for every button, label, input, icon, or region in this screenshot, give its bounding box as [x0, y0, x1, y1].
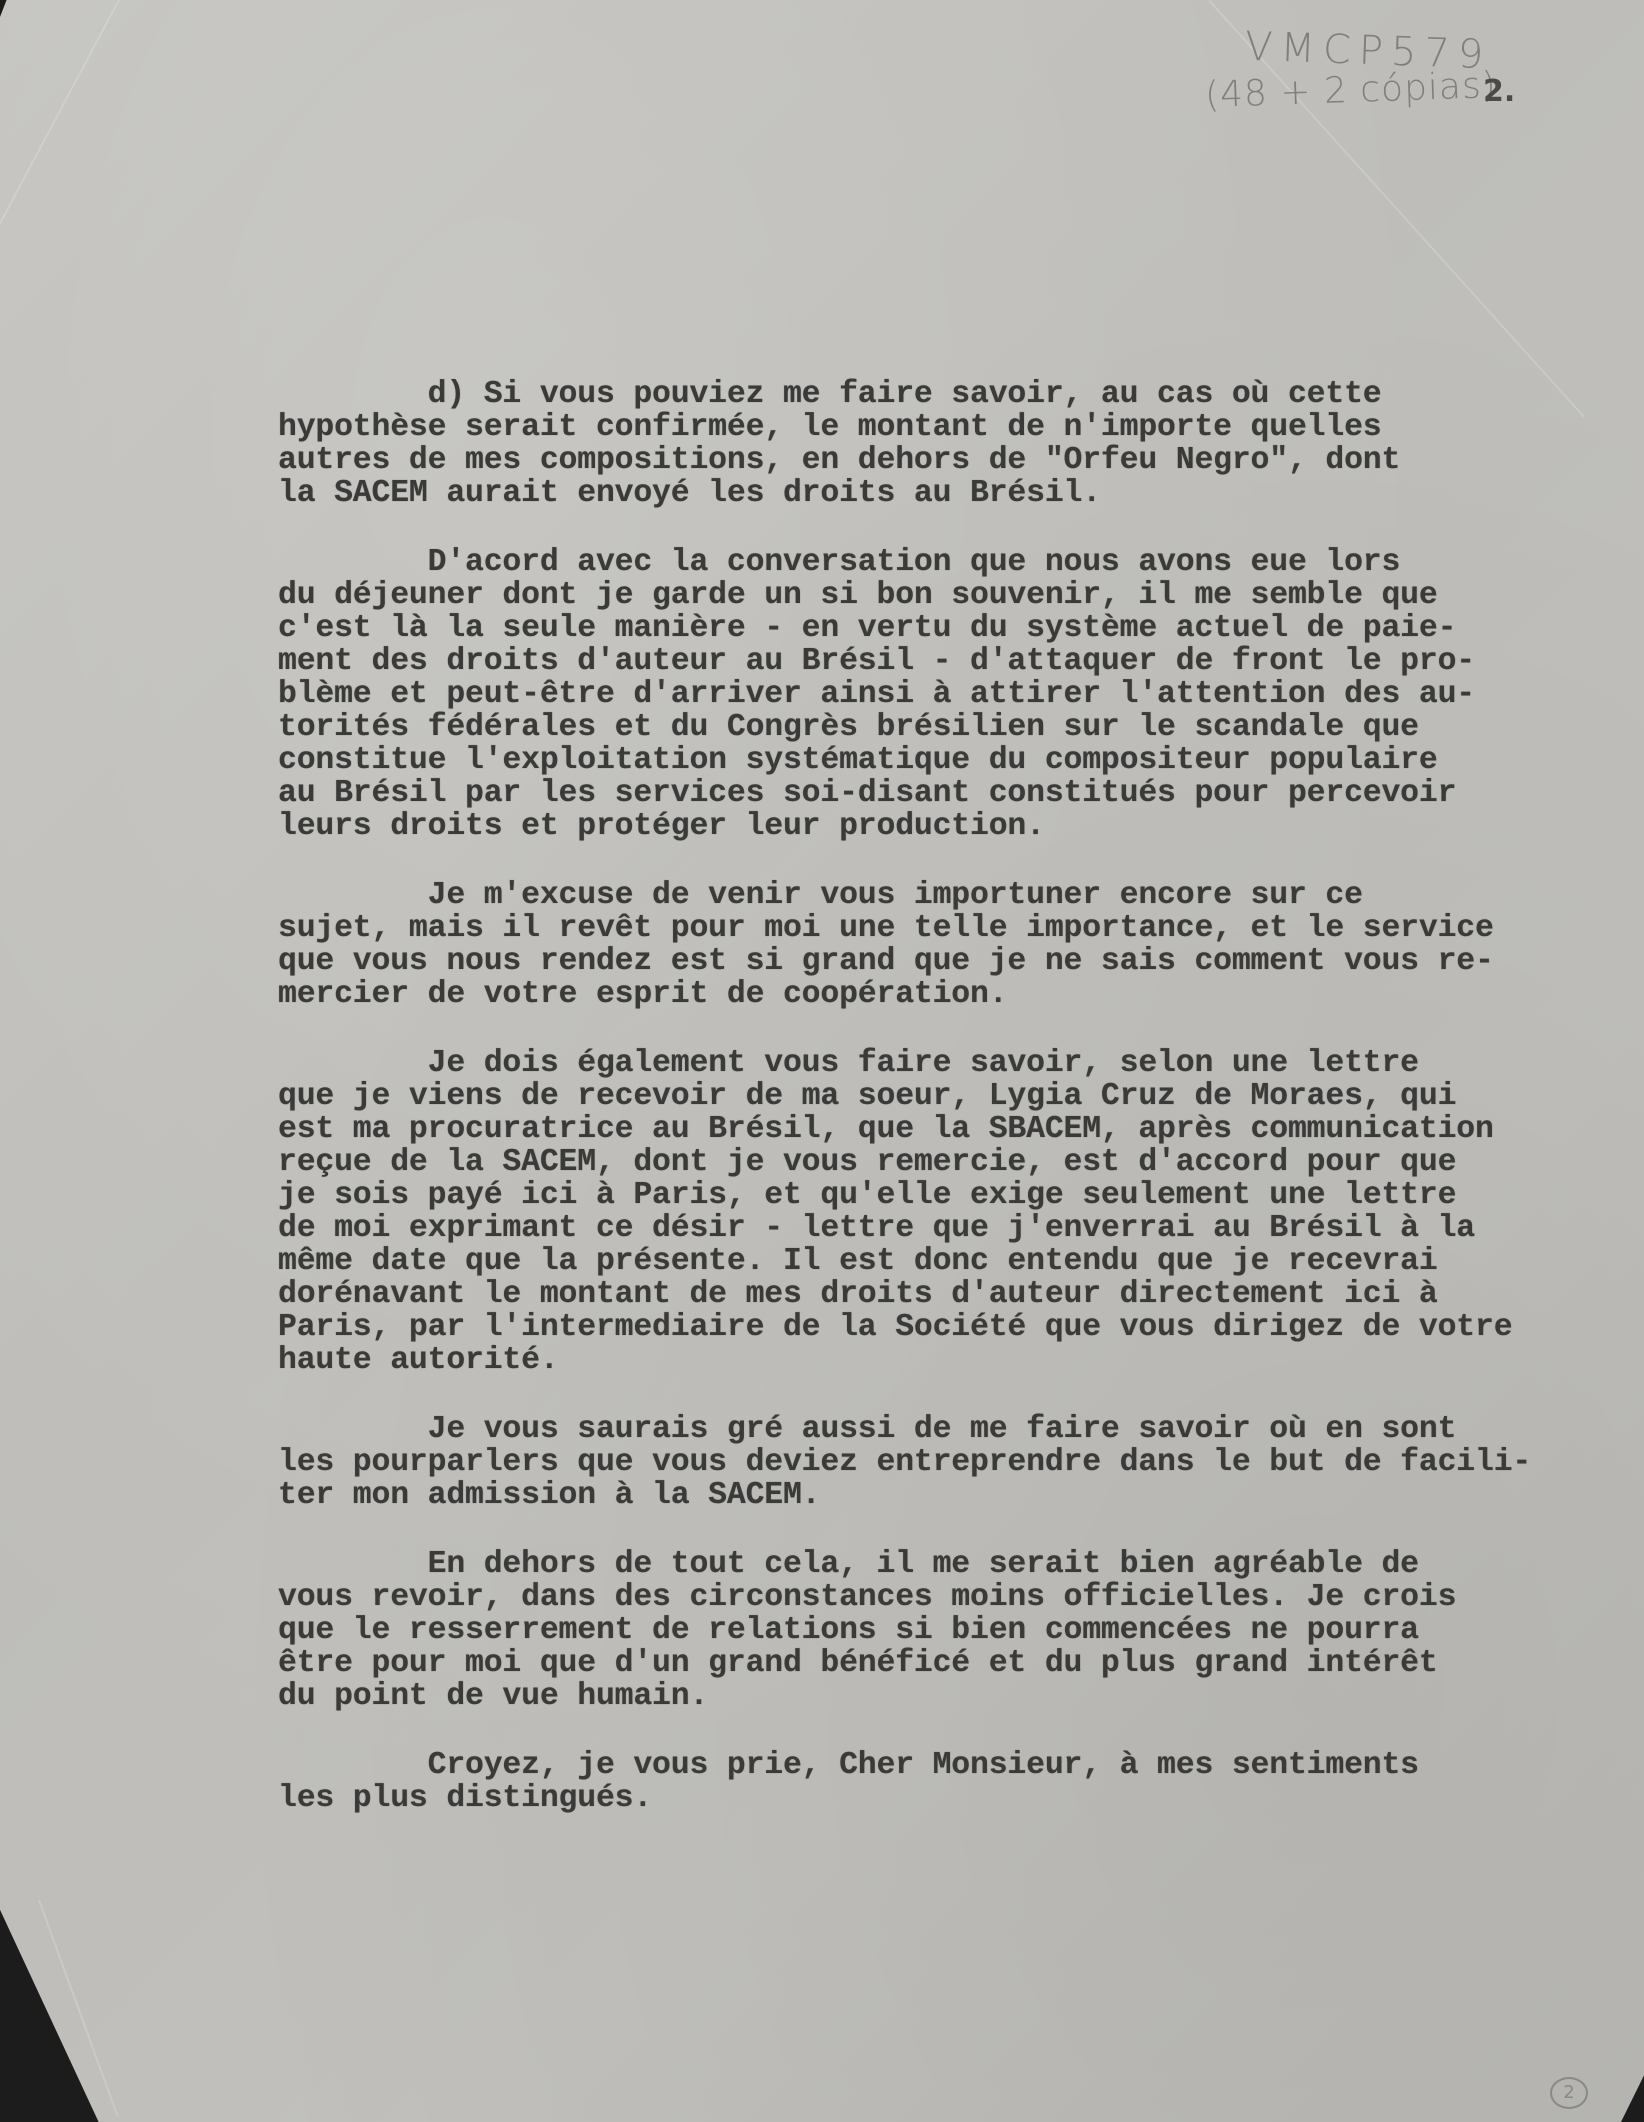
text-line: de moi exprimant ce désir - lettre que j…: [278, 1212, 1618, 1245]
paragraph-admission: Je vous saurais gré aussi de me faire sa…: [278, 1413, 1618, 1512]
text-line: d) Si vous pouviez me faire savoir, au c…: [278, 378, 1618, 411]
text-line: c'est là la seule manière - en vertu du …: [278, 612, 1618, 645]
text-line: Je m'excuse de venir vous importuner enc…: [278, 879, 1618, 912]
text-line: Je dois également vous faire savoir, sel…: [278, 1047, 1618, 1080]
paragraph-d-request: d) Si vous pouviez me faire savoir, au c…: [278, 378, 1618, 510]
text-line: Paris, par l'intermediaire de la Société…: [278, 1311, 1618, 1344]
paragraph-payment-info: Je dois également vous faire savoir, sel…: [278, 1047, 1618, 1377]
handwritten-copies-note: (48 + 2 cópias): [1204, 65, 1497, 116]
text-line: que le resserrement de relations si bien…: [278, 1614, 1618, 1647]
text-line: D'acord avec la conversation que nous av…: [278, 546, 1618, 579]
text-line: sujet, mais il revêt pour moi une telle …: [278, 912, 1618, 945]
archive-stamp: 2: [1550, 2077, 1588, 2109]
text-line: autres de mes compositions, en dehors de…: [278, 444, 1618, 477]
paragraph-agreement: D'acord avec la conversation que nous av…: [278, 546, 1618, 843]
text-line: leurs droits et protéger leur production…: [278, 810, 1618, 843]
text-line: blème et peut-être d'arriver ainsi à att…: [278, 678, 1618, 711]
text-line: vous revoir, dans des circonstances moin…: [278, 1581, 1618, 1614]
text-line: Je vous saurais gré aussi de me faire sa…: [278, 1413, 1618, 1446]
text-line: que je viens de recevoir de ma soeur, Ly…: [278, 1080, 1618, 1113]
text-line: du déjeuner dont je garde un si bon souv…: [278, 579, 1618, 612]
text-line: ter mon admission à la SACEM.: [278, 1479, 1618, 1512]
text-line: que vous nous rendez est si grand que je…: [278, 945, 1618, 978]
text-line: au Brésil par les services soi-disant co…: [278, 777, 1618, 810]
text-line: les pourparlers que vous deviez entrepre…: [278, 1446, 1618, 1479]
scanned-letter-page: VMCP579 (48 + 2 cópias) 2. d) Si vous po…: [0, 0, 1644, 2122]
text-line: je sois payé ici à Paris, et qu'elle exi…: [278, 1179, 1618, 1212]
letter-body: d) Si vous pouviez me faire savoir, au c…: [278, 378, 1618, 1851]
text-line: Croyez, je vous prie, Cher Monsieur, à m…: [278, 1749, 1618, 1782]
text-line: En dehors de tout cela, il me serait bie…: [278, 1548, 1618, 1581]
text-line: même date que la présente. Il est donc e…: [278, 1245, 1618, 1278]
paragraph-apology: Je m'excuse de venir vous importuner enc…: [278, 879, 1618, 1011]
paper-fold-line: [38, 1900, 119, 2117]
paragraph-closing: Croyez, je vous prie, Cher Monsieur, à m…: [278, 1749, 1618, 1815]
text-line: les plus distingués.: [278, 1782, 1618, 1815]
text-line: haute autorité.: [278, 1344, 1618, 1377]
text-line: être pour moi que d'un grand bénéficé et…: [278, 1647, 1618, 1680]
text-line: est ma procuratrice au Brésil, que la SB…: [278, 1113, 1618, 1146]
text-line: du point de vue humain.: [278, 1680, 1618, 1713]
text-line: la SACEM aurait envoyé les droits au Bré…: [278, 477, 1618, 510]
text-line: constitue l'exploitation systématique du…: [278, 744, 1618, 777]
text-line: mercier de votre esprit de coopération.: [278, 978, 1618, 1011]
paragraph-personal: En dehors de tout cela, il me serait bie…: [278, 1548, 1618, 1713]
text-line: reçue de la SACEM, dont je vous remercie…: [278, 1146, 1618, 1179]
paper-fold-line: [0, 0, 120, 459]
text-line: dorénavant le montant de mes droits d'au…: [278, 1278, 1618, 1311]
page-number: 2.: [1483, 74, 1515, 109]
text-line: ment des droits d'auteur au Brésil - d'a…: [278, 645, 1618, 678]
text-line: hypothèse serait confirmée, le montant d…: [278, 411, 1618, 444]
text-line: torités fédérales et du Congrès brésilie…: [278, 711, 1618, 744]
